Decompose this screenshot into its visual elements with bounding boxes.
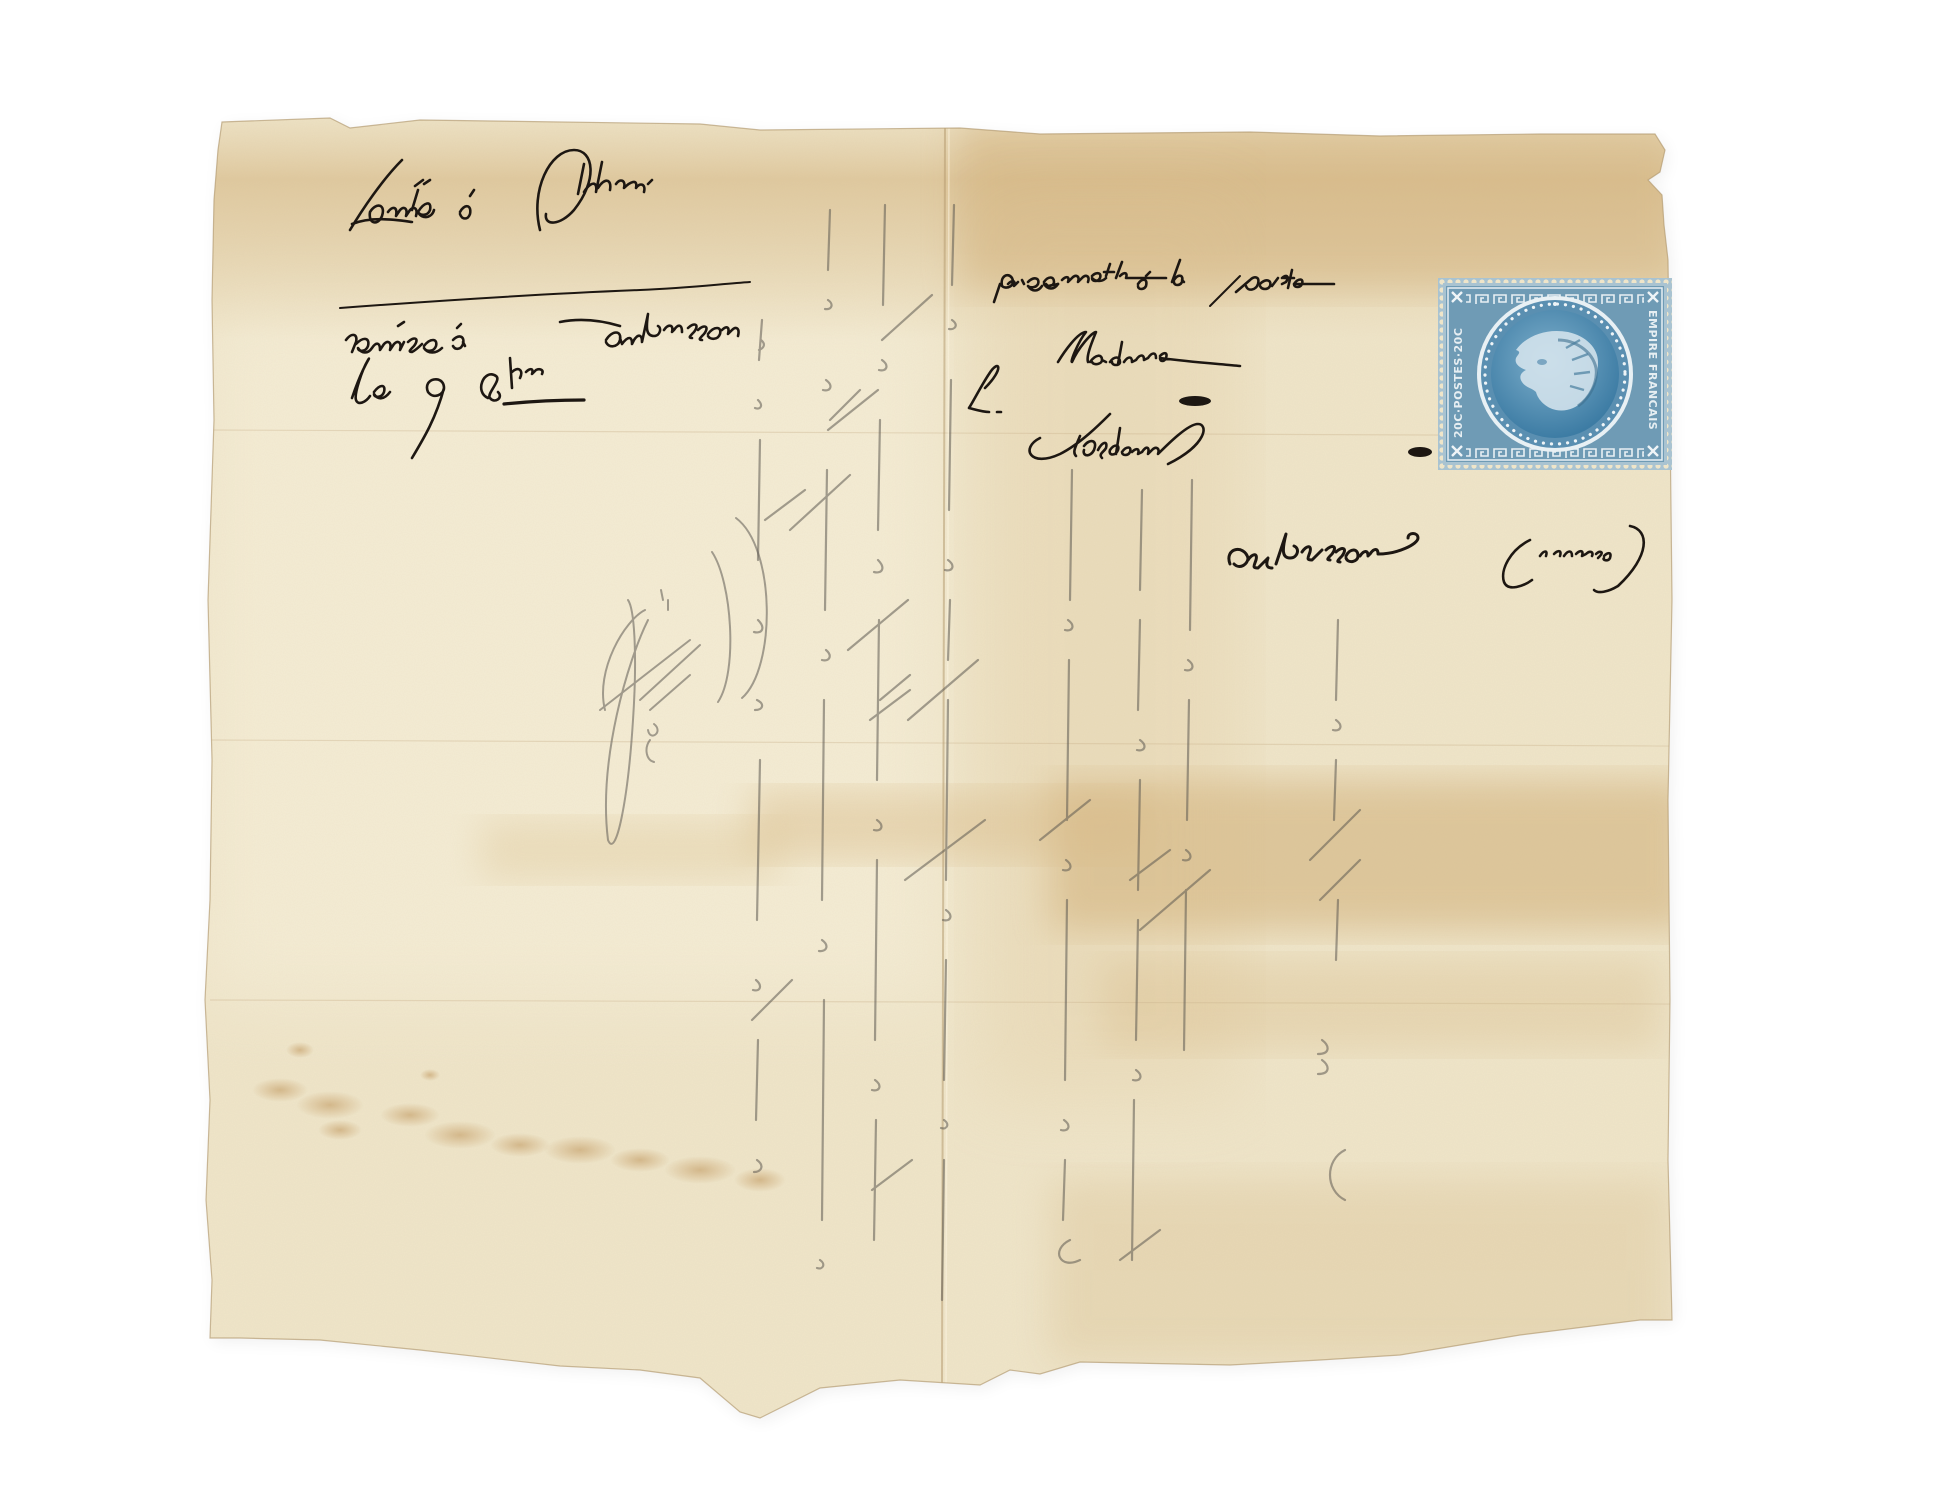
stamp-svg: 20C·POSTES·20C EMPIRE FRANCAIS (1438, 278, 1672, 470)
stamp-right-text: EMPIRE FRANCAIS (1646, 310, 1659, 430)
document-scan: 20C·POSTES·20C EMPIRE FRANCAIS Tombée à … (0, 0, 1943, 1510)
stamp-left-text: 20C·POSTES·20C (1452, 328, 1465, 438)
paper-svg (0, 0, 1943, 1510)
postage-stamp: 20C·POSTES·20C EMPIRE FRANCAIS (1438, 278, 1672, 470)
